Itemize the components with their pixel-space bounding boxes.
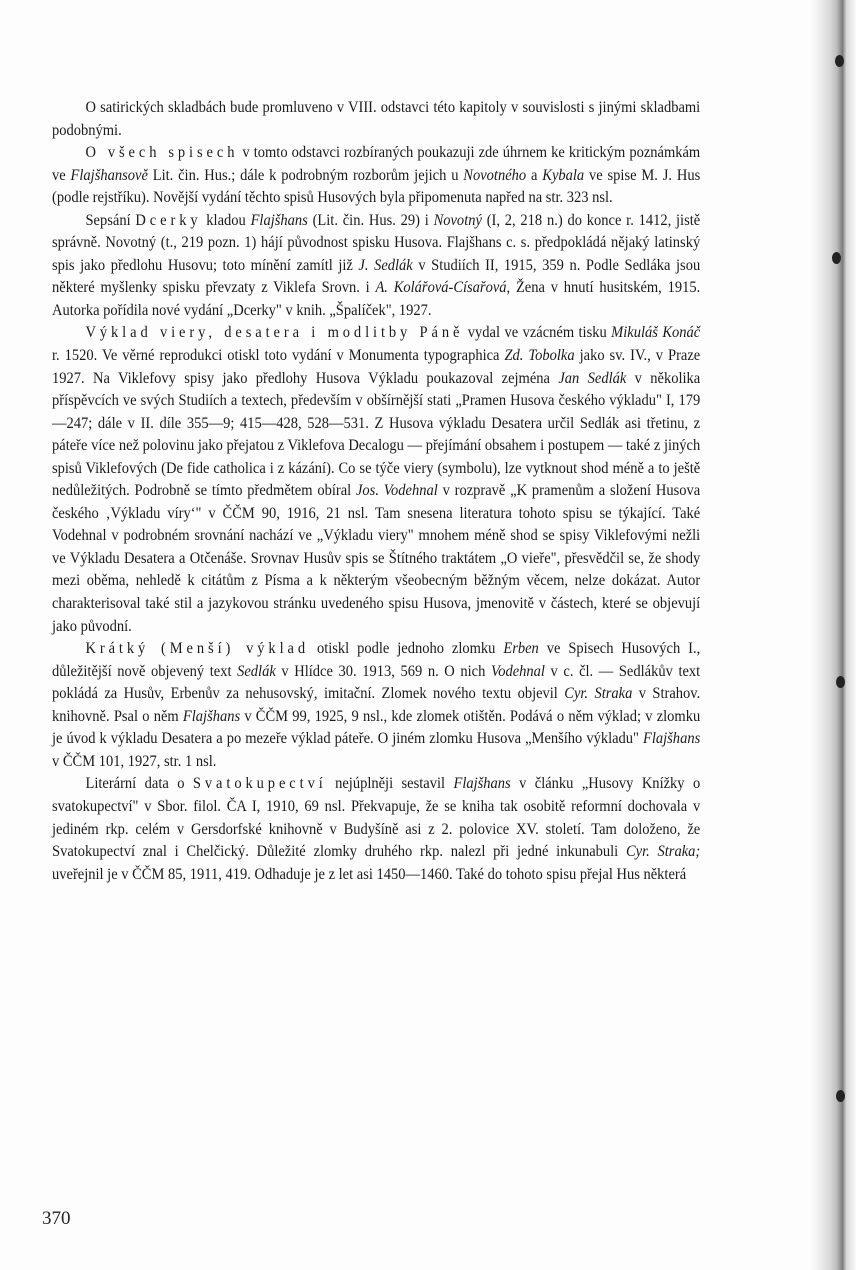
italic-citation: Novotný (434, 212, 482, 229)
italic-citation: Sedlák (237, 663, 276, 680)
italic-citation: Kybala (542, 167, 584, 184)
italic-citation: Flajšhans (643, 730, 700, 747)
text-run: v rozpravě „K pramenům a složení Husova … (52, 482, 700, 634)
binding-mark (836, 676, 845, 688)
text-run: a (526, 167, 542, 184)
text-run: (Lit. čin. Hus. 29) i (308, 212, 434, 229)
italic-citation: Zd. Tobolka (504, 347, 574, 364)
italic-citation: Novotného (463, 167, 526, 184)
spaced-title: O všech spisech (85, 144, 238, 161)
italic-citation: Jan Sedlák (558, 370, 626, 387)
text-run: v několika příspěvcích ve svých Studiích… (52, 370, 700, 500)
binding-mark (836, 1090, 845, 1102)
italic-citation: Flajšhans (251, 212, 308, 229)
text-run: kladou (202, 212, 251, 229)
paragraph-all-writings: O všech spisech v tomto odstavci rozbíra… (52, 142, 700, 210)
italic-citation: Flajšhans (453, 775, 510, 792)
paragraph-svatokupectvi: Literární data o Svatokupectví nejúplněj… (52, 773, 700, 886)
text-run: O satirických skladbách bude promluveno … (52, 99, 700, 139)
paragraph-kratky-vyklad: Krátký (Menší) výklad otiskl podle jedno… (52, 638, 700, 773)
spaced-title: Svatokupectví (193, 775, 327, 792)
text-run: Sepsání (85, 212, 135, 229)
italic-citation: Erben (503, 640, 538, 657)
binding-mark (835, 55, 844, 67)
italic-citation: Flajšhansově (71, 167, 148, 184)
italic-citation: Cyr. Straka; (626, 843, 700, 860)
text-run: Literární data o (85, 775, 192, 792)
spaced-title: Výklad viery, desatera i modlitby Páně (85, 324, 463, 341)
text-run: otiskl podle jednoho zlomku (309, 640, 503, 657)
italic-citation: Cyr. Straka (564, 685, 632, 702)
spaced-title: Krátký (Menší) výklad (85, 640, 309, 657)
italic-citation: Mikuláš Konáč (611, 324, 700, 341)
text-run: v ČČM 101, 1927, str. 1 nsl. (52, 753, 216, 770)
paragraph-dcerka: Sepsání Dcerky kladou Flajšhans (Lit. či… (52, 210, 700, 323)
text-run: v Hlídce 30. 1913, 569 n. O nich (276, 663, 491, 680)
text-run: vydal ve vzácném tisku (463, 324, 611, 341)
page-number: 370 (42, 1208, 71, 1230)
spaced-title: Dcerky (135, 212, 201, 229)
italic-citation: J. Sedlák (358, 257, 412, 274)
italic-citation: Vodehnal (491, 663, 545, 680)
binding-mark (832, 252, 841, 264)
text-run: r. 1520. Ve věrné reprodukci otiskl toto… (52, 347, 504, 364)
text-run: uveřejnil je v ČČM 85, 1911, 419. Odhadu… (52, 866, 686, 883)
paragraph-satirical: O satirických skladbách bude promluveno … (52, 97, 700, 142)
paragraph-vyklad-viery: Výklad viery, desatera i modlitby Páně v… (52, 322, 700, 638)
text-run: Lit. čin. Hus.; dále k podrobným rozborů… (148, 167, 463, 184)
italic-citation: A. Kolářová-Císařová, (375, 279, 510, 296)
italic-citation: Jos. Vodehnal (356, 482, 438, 499)
italic-citation: Flajšhans (183, 708, 240, 725)
text-run: nejúplněji sestavil (327, 775, 454, 792)
book-page: O satirických skladbách bude promluveno … (0, 0, 856, 1270)
book-spine-shadow (808, 0, 856, 1270)
body-text: O satirických skladbách bude promluveno … (52, 97, 700, 886)
